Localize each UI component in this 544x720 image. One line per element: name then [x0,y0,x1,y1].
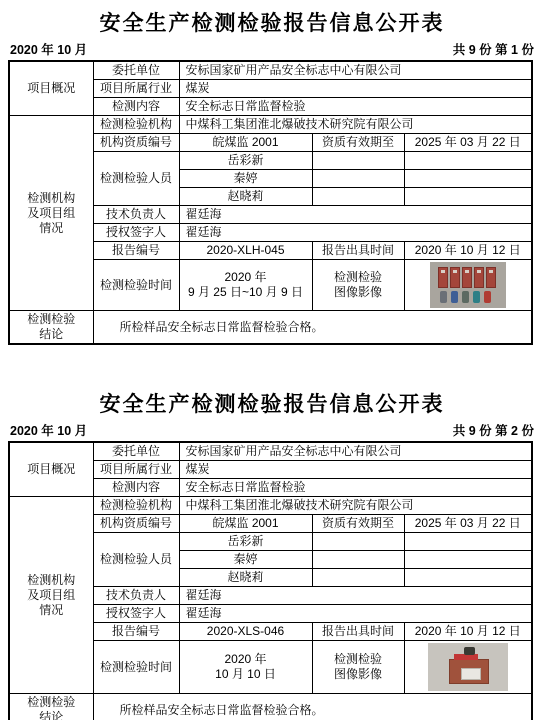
field-label-tech-lead: 技术负责人 [93,206,179,224]
field-label-client: 委托单位 [93,442,179,461]
copy-count: 共 9 份 第 1 份 [453,40,534,58]
field-label-industry: 项目所属行业 [93,80,179,98]
field-label-signatory: 授权签字人 [93,605,179,623]
field-label-agency: 检测检验机构 [93,497,179,515]
field-label-agency: 检测检验机构 [93,116,179,134]
signatory-value: 翟廷海 [179,605,532,623]
report-sheet-1: 安全生产检测检验报告信息公开表 2020 年 10 月 共 9 份 第 1 份 … [0,7,544,345]
empty-cell [404,533,532,551]
field-label-image: 检测检验图像影像 [312,641,404,694]
red-box-photo [428,643,508,691]
field-label-industry: 项目所属行业 [93,461,179,479]
page-title: 安全生产检测检验报告信息公开表 [8,7,536,37]
tech-lead-value: 翟廷海 [179,587,532,605]
meta-row: 2020 年 10 月 共 9 份 第 1 份 [8,40,536,58]
empty-cell [312,170,404,188]
inspector-name: 秦婷 [179,551,312,569]
tester-cables [440,291,491,303]
report-month: 2020 年 10 月 [10,421,87,439]
valid-until-value: 2025 年 03 月 22 日 [404,134,532,152]
white-label [461,668,481,680]
inspection-photo-cell [404,260,532,311]
empty-cell [404,188,532,206]
red-box [449,659,489,684]
empty-cell [404,551,532,569]
signatory-value: 翟廷海 [179,224,532,242]
field-label-test-time: 检测检验时间 [93,260,179,311]
agency-value: 中煤科工集团淮北爆破技术研究院有限公司 [179,116,532,134]
empty-cell [312,551,404,569]
agency-value: 中煤科工集团淮北爆破技术研究院有限公司 [179,497,532,515]
field-label-report-no: 报告编号 [93,623,179,641]
field-label-license-no: 机构资质编号 [93,134,179,152]
copy-count: 共 9 份 第 2 份 [453,421,534,439]
inspector-name: 岳彩新 [179,533,312,551]
test-time-value: 2020 年 10 月 10 日 [179,641,312,694]
conclusion-value: 所检样品安全标志日常监督检验合格。 [93,694,532,720]
section-label-conclusion: 检测检验结论 [9,694,93,720]
page-title: 安全生产检测检验报告信息公开表 [8,388,536,418]
section-label-org-group: 检测机构及项目组情况 [9,497,93,694]
section-label-conclusion: 检测检验结论 [9,311,93,345]
empty-cell [312,152,404,170]
field-label-tech-lead: 技术负责人 [93,587,179,605]
report-table: 项目概况 委托单位 安标国家矿用产品安全标志中心有限公司 项目所属行业 煤炭 检… [8,441,533,720]
field-label-report-date: 报告出具时间 [312,242,404,260]
field-label-content: 检测内容 [93,98,179,116]
industry-value: 煤炭 [179,461,532,479]
industry-value: 煤炭 [179,80,532,98]
report-no-value: 2020-XLH-045 [179,242,312,260]
valid-until-value: 2025 年 03 月 22 日 [404,515,532,533]
tech-lead-value: 翟廷海 [179,206,532,224]
field-label-license-no: 机构资质编号 [93,515,179,533]
inspector-name: 岳彩新 [179,152,312,170]
field-label-inspectors: 检测检验人员 [93,533,179,587]
empty-cell [312,533,404,551]
report-date-value: 2020 年 10 月 12 日 [404,623,532,641]
field-label-valid-until: 资质有效期至 [312,515,404,533]
empty-cell [404,170,532,188]
field-label-inspectors: 检测检验人员 [93,152,179,206]
tester-devices [438,267,496,288]
report-no-value: 2020-XLS-046 [179,623,312,641]
conclusion-value: 所检样品安全标志日常监督检验合格。 [93,311,532,345]
client-value: 安标国家矿用产品安全标志中心有限公司 [179,61,532,80]
inspection-photo-cell [404,641,532,694]
content-value: 安全标志日常监督检验 [179,98,532,116]
license-no-value: 皖煤监 2001 [179,134,312,152]
field-label-signatory: 授权签字人 [93,224,179,242]
five-red-testers-photo [430,262,506,308]
report-date-value: 2020 年 10 月 12 日 [404,242,532,260]
license-no-value: 皖煤监 2001 [179,515,312,533]
section-label-org-group: 检测机构及项目组情况 [9,116,93,311]
field-label-report-date: 报告出具时间 [312,623,404,641]
field-label-image: 检测检验图像影像 [312,260,404,311]
meta-row: 2020 年 10 月 共 9 份 第 2 份 [8,421,536,439]
field-label-content: 检测内容 [93,479,179,497]
test-time-value: 2020 年 9 月 25 日~10 月 9 日 [179,260,312,311]
section-label-project-overview: 项目概况 [9,442,93,497]
field-label-report-no: 报告编号 [93,242,179,260]
content-value: 安全标志日常监督检验 [179,479,532,497]
empty-cell [404,152,532,170]
empty-cell [312,188,404,206]
empty-cell [404,569,532,587]
inspector-name: 赵晓莉 [179,569,312,587]
inspector-name: 秦婷 [179,170,312,188]
report-table: 项目概况 委托单位 安标国家矿用产品安全标志中心有限公司 项目所属行业 煤炭 检… [8,60,533,345]
client-value: 安标国家矿用产品安全标志中心有限公司 [179,442,532,461]
field-label-valid-until: 资质有效期至 [312,134,404,152]
inspector-name: 赵晓莉 [179,188,312,206]
field-label-test-time: 检测检验时间 [93,641,179,694]
empty-cell [312,569,404,587]
dark-object [464,647,475,655]
section-label-project-overview: 项目概况 [9,61,93,116]
report-sheet-2: 安全生产检测检验报告信息公开表 2020 年 10 月 共 9 份 第 2 份 … [0,388,544,720]
report-month: 2020 年 10 月 [10,40,87,58]
field-label-client: 委托单位 [93,61,179,80]
